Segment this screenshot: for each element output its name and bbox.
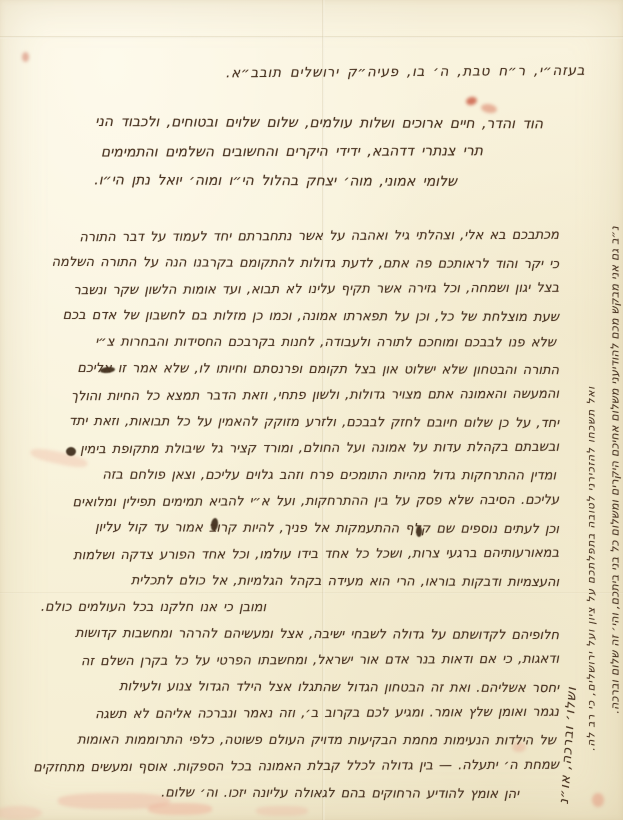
margin-note-line: ואל תשכחו להזכירני לטובה בתפלתכם על ציון… <box>586 386 598 751</box>
margin-note-line: ושלו׳ וברכה, או״נ <box>557 686 580 805</box>
margin-note-line: נ״ב גם אני מבקש מכם להודיעני משלום אחיכם… <box>609 226 622 714</box>
margin-annotations: נ״ב גם אני מבקש מכם להודיעני משלום אחיכם… <box>0 0 623 820</box>
letter-page: בעזה״י, ר״ח טבת, ה׳ בו, פעיה״ק ירושלים ת… <box>0 0 623 820</box>
